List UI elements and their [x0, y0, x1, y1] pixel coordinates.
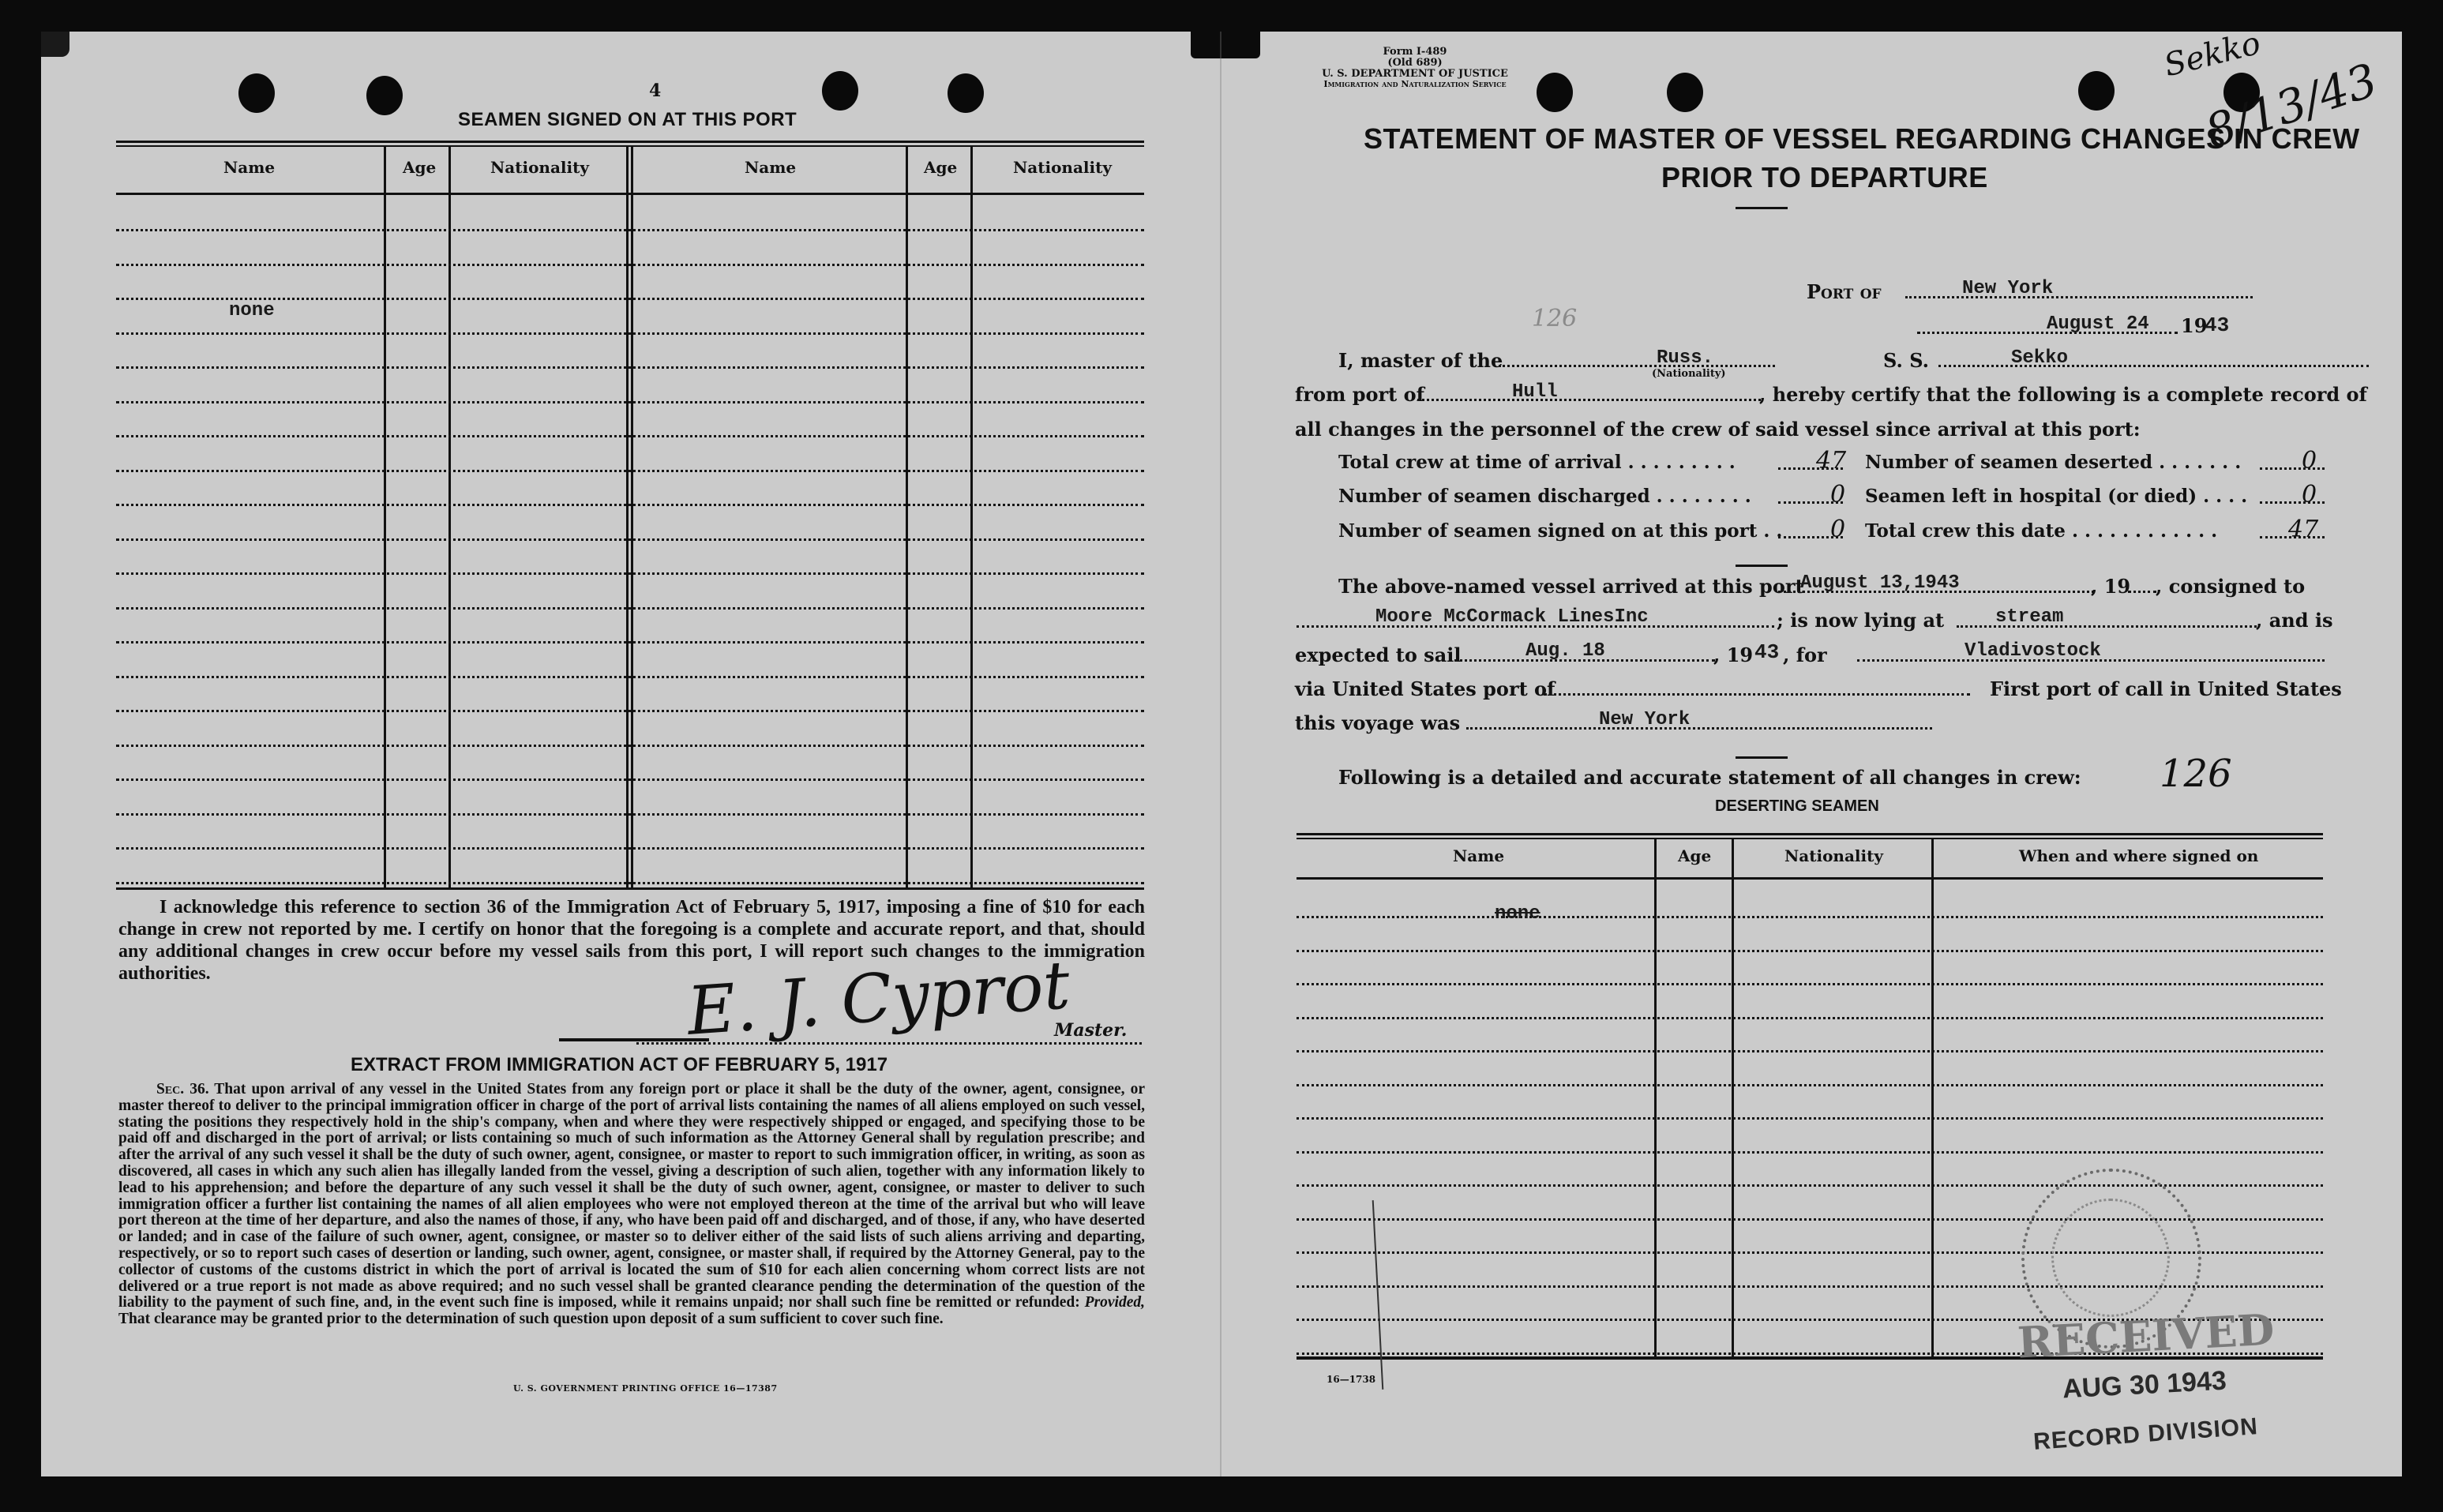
punch-hole-icon [238, 73, 275, 113]
port-value: New York [1962, 278, 2053, 299]
deserting-title: DESERTING SEAMEN [1715, 797, 1879, 816]
table-row [116, 676, 1144, 678]
consignee-value: Moore McCormack LinesInc [1375, 606, 1649, 628]
date-value: August 24 [2047, 313, 2149, 335]
column-header-age: Age [403, 158, 436, 177]
pencil-number: 126 [1532, 305, 1577, 332]
divider [559, 1038, 709, 1041]
table-row [116, 607, 1144, 610]
nationality-value: Russ. [1657, 347, 1713, 369]
table-row [116, 470, 1144, 472]
arrived-year-prefix: , 19 [2091, 575, 2130, 598]
punch-hole-icon [1667, 73, 1703, 112]
column-header-when-where: When and where signed on [2019, 846, 2258, 865]
table-row [116, 572, 1144, 575]
for-label: , for [1783, 643, 1827, 666]
arrived-value: August 13,1943 [1800, 572, 1960, 594]
voyage-value: New York [1599, 709, 1690, 730]
stat-value-discharged: 0 [1830, 481, 1845, 508]
divider [1736, 565, 1788, 567]
table-row [116, 264, 1144, 266]
table-row [116, 710, 1144, 712]
extract-section: Sec. 36. [156, 1081, 209, 1097]
table-row [116, 504, 1144, 506]
all-changes-text: all changes in the personnel of the crew… [1295, 418, 2141, 441]
date-year: 43 [2205, 313, 2229, 337]
column-header-name: Name [1453, 846, 1504, 865]
punch-hole-icon [822, 71, 858, 111]
master-label: Master. [1054, 1020, 1127, 1041]
from-port-label: from port of [1295, 383, 1424, 406]
stat-value-deserted: 0 [2302, 447, 2317, 475]
table-cell-name: none [1495, 903, 1540, 925]
punch-hole-icon [1537, 73, 1573, 112]
form-code: 16—1738 [1327, 1374, 1375, 1385]
form-subtitle: PRIOR TO DEPARTURE [1661, 161, 1988, 194]
table-row [116, 882, 1144, 884]
table-row [1297, 1151, 2323, 1154]
table-cell-name: none [229, 300, 275, 321]
paper-tear [41, 32, 69, 57]
column-header-age: Age [924, 158, 957, 177]
stat-label-total-arrival: Total crew at time of arrival . . . . . … [1338, 452, 1736, 473]
column-header-nationality: Nationality [1784, 846, 1883, 865]
table-row [1297, 1117, 2323, 1120]
following-text: Following is a detailed and accurate sta… [1338, 766, 2081, 789]
table-row [116, 779, 1144, 781]
page-fold [1220, 32, 1221, 1476]
stat-value-total-arrival: 47 [1816, 447, 1846, 475]
punch-hole-icon [2078, 71, 2115, 111]
extract-provided: Provided, [1085, 1294, 1145, 1311]
extract-title: EXTRACT FROM IMMIGRATION ACT OF FEBRUARY… [351, 1054, 888, 1076]
ss-label: S. S. [1883, 349, 1929, 372]
stat-label-deserted: Number of seamen deserted . . . . . . . [1865, 452, 2241, 473]
form-id: Form I-489 [1366, 46, 1464, 58]
from-port-value: Hull [1512, 381, 1558, 403]
column-header-age: Age [1678, 846, 1711, 865]
service: Immigration and Naturalization Service [1295, 79, 1535, 89]
lying-label: ; is now lying at [1777, 609, 1944, 632]
sail-value: Aug. 18 [1525, 640, 1605, 662]
table-row [116, 538, 1144, 541]
via-label: via United States port of [1295, 677, 1555, 700]
table-row [116, 366, 1144, 369]
ship-name: Sekko [2011, 347, 2068, 369]
extract-body: Sec. 36. That upon arrival of any vessel… [118, 1082, 1145, 1328]
punch-hole-icon [366, 76, 403, 115]
section-title: SEAMEN SIGNED ON AT THIS PORT [458, 109, 797, 131]
circular-stamp-inner [2051, 1199, 2170, 1317]
form-old: (Old 689) [1366, 57, 1464, 69]
date-year-prefix: 19 [2181, 314, 2207, 337]
table-row [1297, 950, 2323, 952]
stat-label-total-date: Total crew this date . . . . . . . . . .… [1865, 520, 2217, 542]
first-port-label: First port of call in United States [1990, 677, 2342, 700]
column-header-nationality: Nationality [1013, 158, 1112, 177]
table-row [116, 401, 1144, 403]
and-is-label: , and is [2256, 609, 2332, 632]
table-row [1297, 1050, 2323, 1052]
table-row [116, 229, 1144, 231]
table-row [116, 847, 1144, 850]
department: U. S. DEPARTMENT OF JUSTICE [1307, 68, 1523, 80]
extract-tail: That clearance may be granted prior to t… [118, 1311, 944, 1327]
nationality-caption: (Nationality) [1652, 368, 1726, 380]
table-row [1297, 1084, 2323, 1086]
punch-hole-icon [948, 73, 984, 113]
table-row [1297, 916, 2323, 918]
voyage-label: this voyage was [1295, 711, 1460, 734]
destination-value: Vladivostock [1965, 640, 2101, 662]
table-row [116, 745, 1144, 747]
paper-notch [1191, 32, 1260, 58]
lying-value: stream [1995, 606, 2063, 628]
port-label: Port of [1807, 280, 1882, 303]
page-number: 4 [649, 81, 661, 101]
arrived-label: The above-named vessel arrived at this p… [1338, 575, 1804, 598]
sail-year: 43 [1754, 640, 1779, 664]
column-header-name: Name [223, 158, 275, 177]
master-label: I, master of the [1338, 349, 1503, 372]
extract-text: That upon arrival of any vessel in the U… [118, 1081, 1145, 1311]
stat-label-signed-on: Number of seamen signed on at this port … [1338, 520, 1782, 542]
table-row [116, 332, 1144, 335]
sail-label: expected to sail [1295, 643, 1461, 666]
divider [1736, 207, 1788, 209]
table-row [1297, 983, 2323, 985]
stat-label-hospital: Seamen left in hospital (or died) . . . … [1865, 486, 2247, 507]
consigned-label: , consigned to [2156, 575, 2305, 598]
column-header-name: Name [745, 158, 796, 177]
stat-value-signed-on: 0 [1830, 516, 1845, 543]
stat-value-hospital: 0 [2302, 481, 2317, 508]
stat-value-total-date: 47 [2288, 516, 2318, 543]
stat-label-discharged: Number of seamen discharged . . . . . . … [1338, 486, 1751, 507]
printer-line: U. S. GOVERNMENT PRINTING OFFICE 16—1738… [513, 1383, 778, 1394]
table-row [116, 813, 1144, 816]
certify-text: , hereby certify that the following is a… [1759, 383, 2367, 406]
via-field [1544, 693, 1970, 696]
table-row [1297, 1184, 2323, 1187]
column-header-nationality: Nationality [490, 158, 589, 177]
handwritten-126: 126 [2160, 752, 2232, 796]
table-row [116, 641, 1144, 643]
divider [1736, 756, 1788, 759]
table-row [116, 435, 1144, 437]
sail-year-prefix: , 19 [1713, 643, 1753, 666]
table-row [1297, 1017, 2323, 1019]
